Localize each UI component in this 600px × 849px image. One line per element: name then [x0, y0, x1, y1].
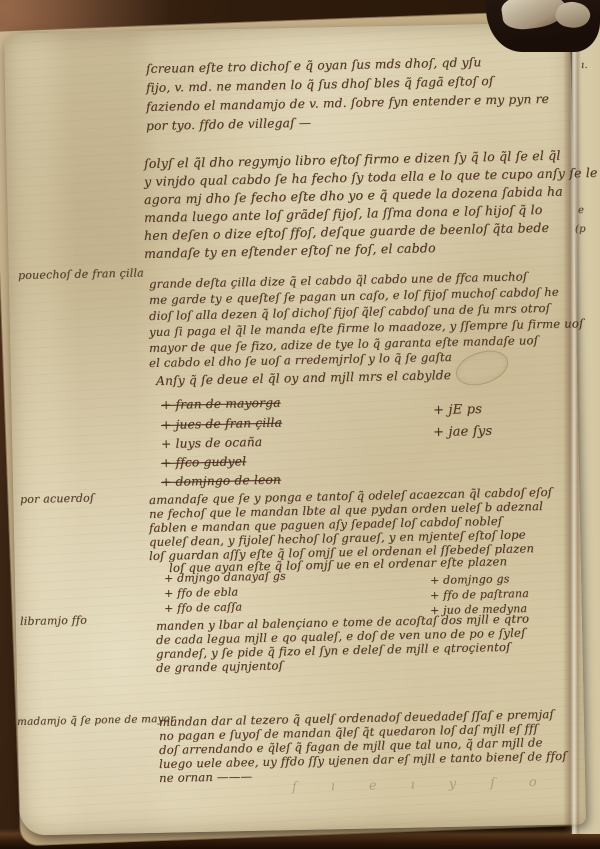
- manuscript-photo: ſcreuan eſte tro dichoſ e q̃ oyan ſus md…: [0, 0, 600, 849]
- list-item: + domjngo de leon: [161, 473, 281, 489]
- edge-mark: e: [578, 205, 584, 216]
- list-item: + ffo de ebla: [164, 586, 239, 600]
- text-line: ſcreuan eſte tro dichoſ e q̃ oyan ſus md…: [146, 55, 482, 76]
- margin-note-4: madamjo q̃ ſe pone de mayor: [17, 713, 175, 728]
- edge-mark: (p: [575, 224, 586, 235]
- list-item: + fran de mayorga: [161, 396, 281, 412]
- margin-note-3: libramjo ffo: [20, 614, 87, 628]
- list-item: + ffco gudyel: [161, 454, 246, 470]
- list-item: + ffo de caſſa: [164, 600, 242, 615]
- text-line: ne ornan ———: [159, 769, 253, 785]
- list-item: + jues de fran çilla: [161, 416, 282, 432]
- text-line: por tyo. ffdo de villegaſ —: [146, 116, 311, 133]
- handwriting-layer: ſcreuan eſte tro dichoſ e q̃ oyan ſus md…: [0, 0, 600, 849]
- text-line: fijo, v. md. ne manden lo q̃ ſus dhoſ bl…: [146, 74, 494, 95]
- margin-note-1: pouechoſ de fran çilla: [18, 266, 144, 282]
- text-line: faziendo el mandamjo de v. md. ſobre fyn…: [146, 92, 549, 114]
- margin-note-2: por acuerdoſ: [20, 492, 94, 506]
- list-item: + luys de ocaña: [161, 435, 263, 451]
- payee-list-heading: Anſy q̃ ſe deue el q̃l oy and mjll mrs e…: [156, 368, 451, 388]
- amount-entry: + ffo de paſtrana: [430, 587, 529, 602]
- edge-mark: ı.: [581, 60, 588, 71]
- list-item: + dmjngo danayaſ gs: [164, 570, 286, 585]
- amount-entry: + jE ps: [433, 402, 482, 418]
- text-line: mandaſe ty en eſtender eſtoſ ne foſ, el …: [144, 240, 436, 261]
- amount-entry: + jae ſys: [433, 424, 493, 440]
- text-line: de grande qujnjentoſ: [156, 658, 283, 675]
- show-through-marks: ſıeıyſo: [292, 774, 571, 795]
- amount-entry: + domjngo gs: [430, 572, 510, 587]
